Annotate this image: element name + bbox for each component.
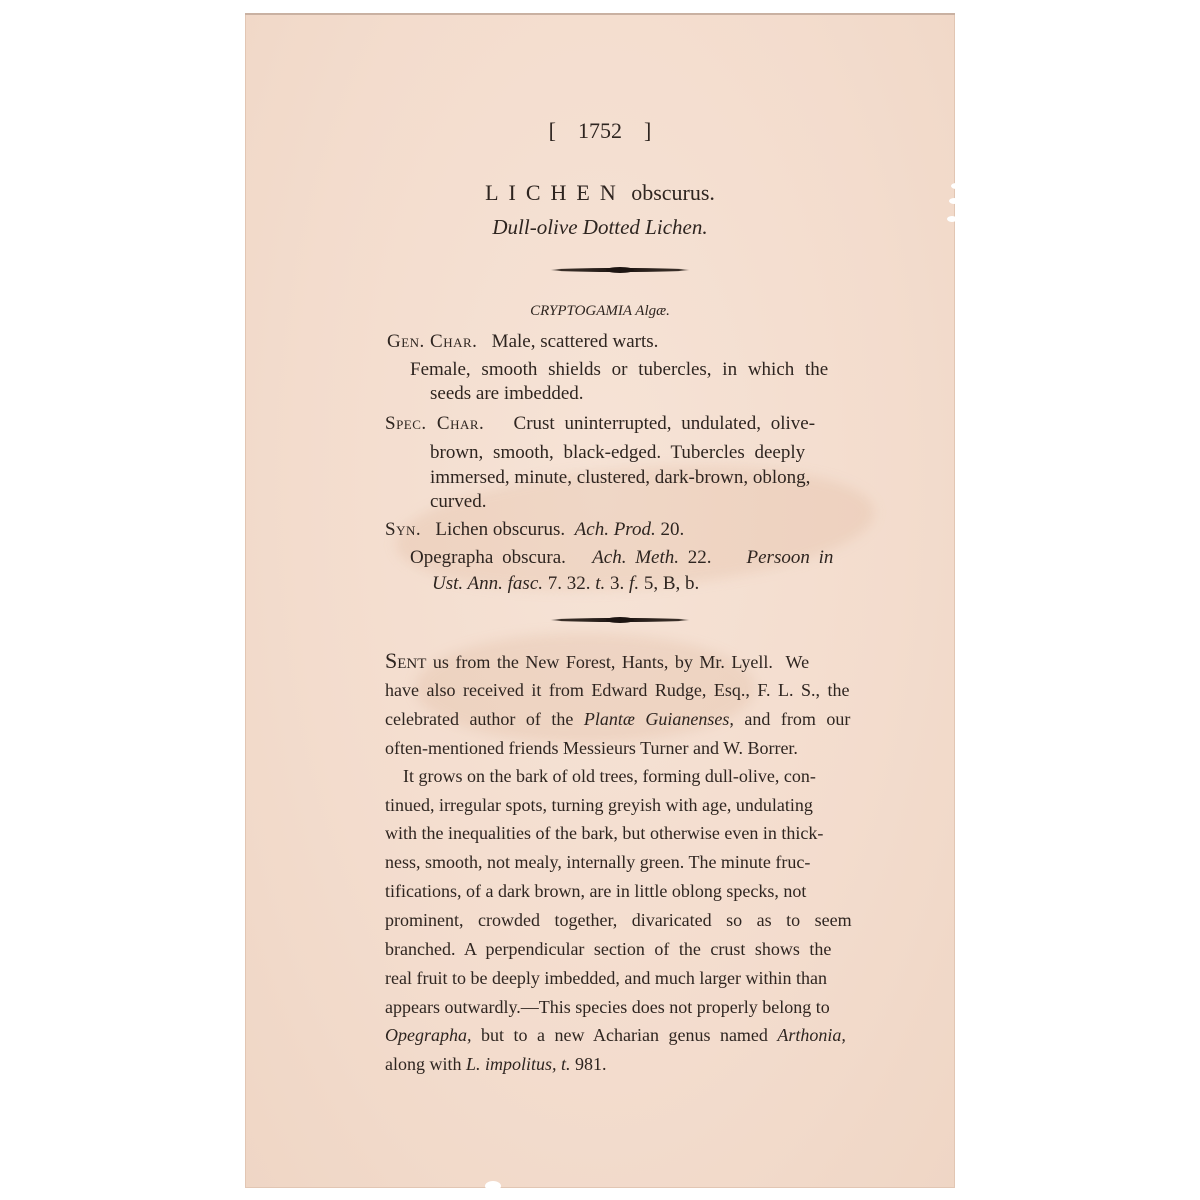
body-line: tinued, irregular spots, turning greyish… xyxy=(385,794,813,816)
synonym-figure: f. xyxy=(629,573,639,594)
body-line: with the inequalities of the bark, but o… xyxy=(385,822,823,844)
synonym-page: 7. 32. xyxy=(548,573,591,594)
body-text: but to a new Acharian genus named xyxy=(481,1025,768,1045)
classification: CRYPTOGAMIA Algæ. xyxy=(245,300,955,322)
body-line: ness, smooth, not mealy, internally gree… xyxy=(385,851,810,873)
genus-reference: Arthonia, xyxy=(777,1025,846,1045)
spec-char-text: curved. xyxy=(430,491,486,512)
ornamental-rule xyxy=(550,618,690,622)
gen-char-text: Female, smooth shields or tubercles, in … xyxy=(410,359,828,381)
genus-reference: Opegrapha, xyxy=(385,1025,472,1045)
body-text: branched. A perpendicular section of the… xyxy=(385,939,831,959)
synonym-page: 22. xyxy=(688,547,712,568)
synonym-page: 5, B, b. xyxy=(644,573,699,594)
gen-char-line: Female, smooth shields or tubercles, in … xyxy=(410,359,856,381)
body-line: often-mentioned friends Messieurs Turner… xyxy=(385,737,798,759)
synonym-page: 20. xyxy=(661,519,685,540)
spec-char-text: immersed, minute, clustered, dark-brown,… xyxy=(430,467,810,488)
table-number: 981. xyxy=(575,1054,607,1074)
body-text: appears outwardly.—This species does not… xyxy=(385,997,830,1017)
synonym-line: Ust. Ann. fasc. 7. 32. t. 3. f. 5, B, b. xyxy=(432,573,699,595)
body-text: often-mentioned friends Messieurs Turner… xyxy=(385,738,798,758)
gen-char-text: Male, scattered warts. xyxy=(492,331,659,352)
spec-char-label: Spec. Char. xyxy=(385,413,484,434)
body-text: It grows on the bark of old trees, formi… xyxy=(403,766,816,786)
synonym-line: Opegrapha obscura. Ach. Meth. 22. Persoo… xyxy=(410,547,833,569)
synonym-line: Syn. Lichen obscurus. Ach. Prod. 20. xyxy=(385,519,684,541)
body-line: Sent us from the New Forest, Hants, by M… xyxy=(385,650,809,673)
table-reference: t. xyxy=(561,1054,571,1074)
body-text: along with xyxy=(385,1054,462,1074)
body-line: appears outwardly.—This species does not… xyxy=(385,996,830,1018)
synonym-reference: Ach. Meth. xyxy=(592,547,679,568)
page-title: LICHEN obscurus. xyxy=(245,182,955,204)
gen-char-line: Gen. Char. Male, scattered warts. xyxy=(387,331,658,353)
page-tear xyxy=(485,1181,501,1191)
page-edge xyxy=(245,13,955,15)
body-text: us from the New Forest, Hants, by Mr. Ly… xyxy=(426,652,809,672)
body-text: with the inequalities of the bark, but o… xyxy=(385,823,823,843)
gen-char-text: seeds are imbedded. xyxy=(430,383,584,404)
body-text: prominent, crowded together, divaricated… xyxy=(385,910,852,930)
synonym-name: Opegrapha obscura. xyxy=(410,547,566,568)
spec-char-text: brown, smooth, black-edged. Tubercles de… xyxy=(430,442,805,463)
drop-cap-word: Sent xyxy=(385,648,426,673)
bracket-left: [ xyxy=(549,118,556,143)
body-text: celebrated author of the xyxy=(385,709,573,729)
synonym-page: 3. xyxy=(610,573,624,594)
body-line: real fruit to be deeply imbedded, and mu… xyxy=(385,967,827,989)
spec-char-text: Crust uninterrupted, undulated, olive- xyxy=(514,413,816,434)
class-name: CRYPTOGAMIA xyxy=(530,303,632,319)
body-text: have also received it from Edward Rudge,… xyxy=(385,680,849,700)
body-line: along with L. impolitus, t. 981. xyxy=(385,1053,607,1075)
body-text: and from our xyxy=(744,709,850,729)
spec-char-line: curved. xyxy=(430,491,486,513)
page-number: [ 1752 ] xyxy=(245,120,955,142)
gen-char-line: seeds are imbedded. xyxy=(430,383,584,405)
genus-name: LICHEN xyxy=(485,180,626,205)
common-name: Dull-olive Dotted Lichen. xyxy=(245,216,955,238)
synonym-reference: Ust. Ann. fasc. xyxy=(432,573,543,594)
body-line: have also received it from Edward Rudge,… xyxy=(385,679,849,701)
body-line: branched. A perpendicular section of the… xyxy=(385,938,831,960)
body-text: ness, smooth, not mealy, internally gree… xyxy=(385,852,810,872)
gen-char-label: Gen. Char. xyxy=(387,331,477,352)
syn-label: Syn. xyxy=(385,519,421,540)
synonym-reference: Ach. Prod. xyxy=(575,519,656,540)
body-text: tinued, irregular spots, turning greyish… xyxy=(385,795,813,815)
page-number-value: 1752 xyxy=(578,118,622,143)
synonym-reference: Persoon in xyxy=(747,547,834,568)
synonym-name: Lichen obscurus. xyxy=(435,519,565,540)
body-line: Opegrapha, but to a new Acharian genus n… xyxy=(385,1024,846,1046)
species-reference: L. impolitus, xyxy=(466,1054,557,1074)
species-name: obscurus. xyxy=(631,180,715,205)
bracket-right: ] xyxy=(644,118,651,143)
spec-char-line: Spec. Char. Crust uninterrupted, undulat… xyxy=(385,413,815,435)
book-title: Plantæ Guianenses, xyxy=(584,709,734,729)
body-text: real fruit to be deeply imbedded, and mu… xyxy=(385,968,827,988)
order-name: Algæ. xyxy=(635,303,670,319)
body-line: It grows on the bark of old trees, formi… xyxy=(403,765,816,787)
spec-char-line: immersed, minute, clustered, dark-brown,… xyxy=(430,467,810,489)
ornamental-rule xyxy=(550,268,690,272)
body-line: prominent, crowded together, divaricated… xyxy=(385,909,852,931)
body-line: celebrated author of the Plantæ Guianens… xyxy=(385,708,850,730)
book-page: [ 1752 ] LICHEN obscurus. Dull-olive Dot… xyxy=(245,13,955,1188)
synonym-table: t. xyxy=(595,573,605,594)
body-line: tifications, of a dark brown, are in lit… xyxy=(385,880,806,902)
spec-char-line: brown, smooth, black-edged. Tubercles de… xyxy=(430,442,805,464)
body-text: tifications, of a dark brown, are in lit… xyxy=(385,881,806,901)
